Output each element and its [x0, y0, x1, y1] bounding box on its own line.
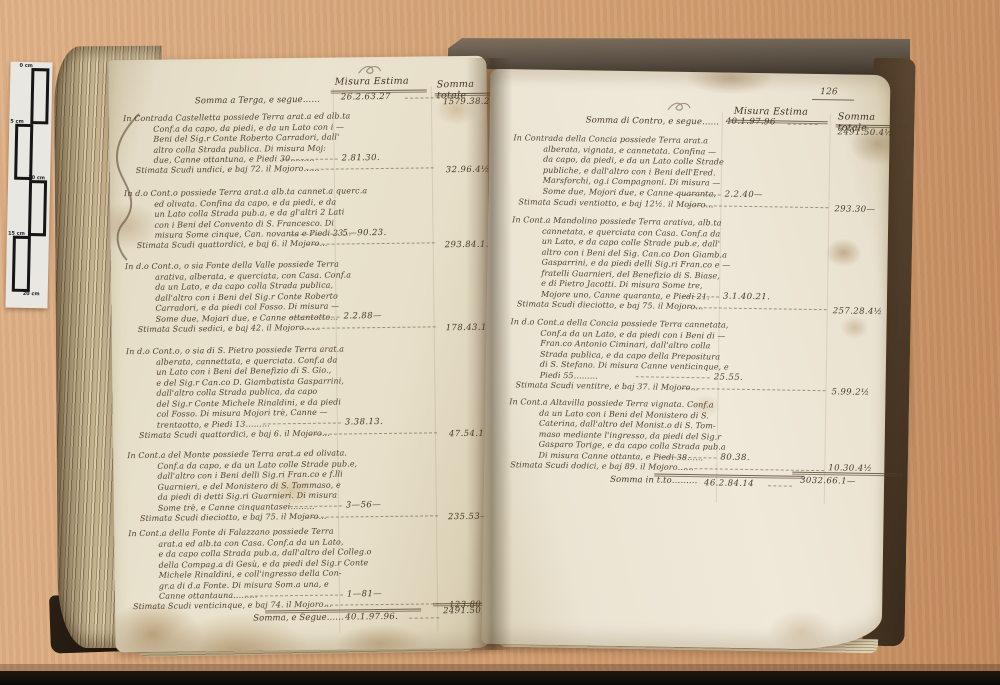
entry-misura: 3—56— [346, 500, 381, 511]
entry-stima: Stimata Scudi dieciotto, e baj 75. il Mo… [140, 512, 327, 525]
manuscript-photo: { "palette": { "wood": "#d09d70", "paper… [0, 0, 1000, 685]
leader-line [306, 167, 434, 170]
entry-totale: 293.84.1. [445, 240, 489, 251]
carry-totale: 2491.50.4½ [838, 127, 894, 138]
entry-text: In Cont.a del Monte possiede Terra arat.… [127, 448, 374, 514]
entry-totale: 178.43.1. [446, 323, 490, 334]
entry-misura: 3.1.40.21. [723, 292, 770, 303]
footer-label: Somma, e Segue…… [253, 612, 344, 624]
entry-totale: 32.96.4½ [446, 165, 490, 176]
scale-label: 10 cm [28, 175, 45, 181]
entry-misura: 80.38. [720, 453, 750, 464]
entry-stima: Stimata Scudi quattordici, e baj 6. il M… [137, 239, 328, 252]
leader-line [684, 468, 824, 471]
carry-label: Somma di Contro, e segue…… [586, 115, 720, 128]
entry-text: In Contrada della Concia possiede Terra … [513, 133, 760, 200]
entry-totale: 47.54.1. [449, 429, 487, 440]
entry-totale: 257.28.4½ [833, 306, 883, 317]
entry-misura: 2.2.40— [725, 190, 764, 201]
entry-text: In d.o Cont.o, o sia Fonte della Valle p… [125, 259, 372, 325]
entry-misura: 25.55. [714, 372, 744, 383]
footer-misura: 40.1.97.96. [345, 612, 398, 623]
scale-segment [28, 180, 47, 236]
folio-rule [812, 99, 854, 101]
scale-segment [30, 68, 49, 124]
flourish [666, 100, 692, 114]
leader-line [788, 124, 818, 125]
leader-line [306, 515, 438, 518]
carry-misura: 26.2.63.27 [341, 92, 391, 103]
entry-stima: Stimata Scudi ventiotto, e baj 12½. il M… [518, 197, 713, 211]
leader-line [325, 603, 439, 605]
entry-totale: 5.99.2½ [831, 387, 869, 398]
entry-stima: Stimata Scudi dodici, e baj 89. il Mojor… [510, 460, 694, 473]
carry-misura: 40.1.97.96 [726, 117, 776, 128]
right-page: 126 Misura Estima Somma totale Somma di … [482, 69, 891, 650]
entry-text: In d.o Cont.o, o sia di S. Pietro possie… [126, 344, 373, 431]
column-header-misura: Misura Estima [335, 77, 409, 88]
table-edge-shadow [0, 671, 1000, 685]
scale-label: 0 cm [19, 63, 33, 69]
leader-line [689, 307, 827, 310]
leader-line [302, 326, 436, 329]
entry-text: In Cont.a della Fonte di Falazzano possi… [128, 526, 375, 602]
scale-segment [12, 236, 31, 292]
leader-line [682, 388, 826, 391]
folio-number: 126 [820, 87, 838, 98]
entry-stima: Stimata Scudi sedici, e baj 42. il Mojor… [138, 323, 321, 336]
entry-misura: 2.81.30. [342, 153, 380, 164]
entry-totale: 293.30— [834, 204, 875, 215]
leader-line [409, 617, 439, 618]
scale-bar: 0 cm 5 cm 10 cm 15 cm 20 cm [5, 62, 52, 309]
scale-label: 5 cm [10, 119, 24, 125]
leader-line [309, 432, 437, 435]
entry-misura: 2.2.88— [343, 311, 381, 322]
entry-stima: Stimata Scudi undici, e baj 72. il Mojor… [136, 164, 320, 177]
carry-label: Somma a Terga, e segue…… [195, 95, 320, 107]
footer-label: Somma in t.to……… [610, 475, 698, 487]
scale-label: 15 cm [8, 231, 25, 237]
footer-misura: 46.2.84.14 [704, 478, 754, 489]
leader-line [768, 485, 792, 486]
entry-misura: 5—90.23. [342, 228, 386, 239]
entry-stima: Stimata Scudi ventitre, e baj 37. il Moj… [515, 380, 698, 393]
footer-totale: 3032.66.1— [800, 476, 856, 487]
entry-misura: 1—81— [347, 589, 382, 600]
entry-misura: 3.38.13. [345, 417, 383, 428]
entry-text: In Cont.a Mandolino possiede Terra arati… [511, 215, 758, 303]
entry-text: In Cont.a Altavilla possiede Terra vigna… [508, 397, 755, 464]
entry-stima: Stimata Scudi dieciotto, e baj 75. il Mo… [517, 299, 704, 312]
scale-segment [14, 124, 33, 180]
left-page: Misura Estima Somma totale Somma a Terga… [108, 56, 493, 653]
leader-line [307, 242, 435, 245]
entry-stima: Stimata Scudi quattordici, e baj 6. il M… [139, 429, 330, 442]
leader-line [405, 97, 439, 98]
scale-label: 20 cm [23, 291, 40, 297]
